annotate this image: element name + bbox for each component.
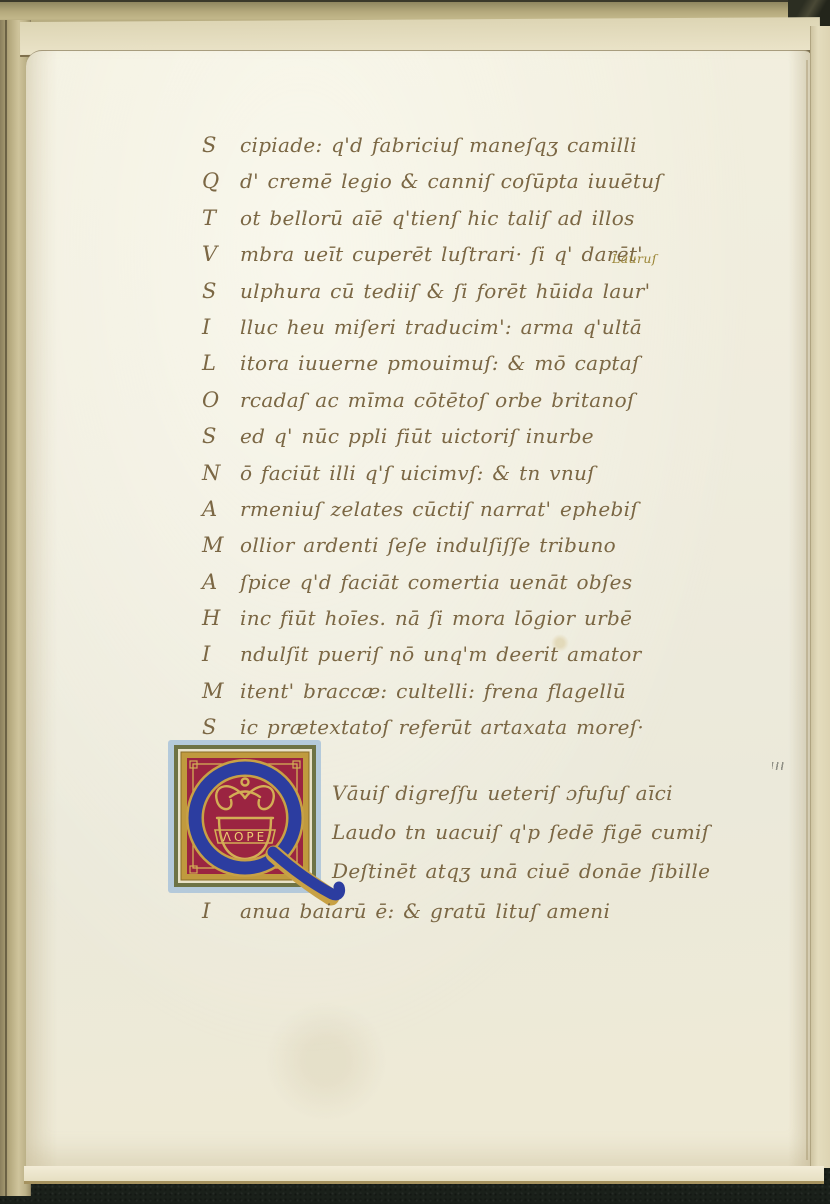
manuscript-photo: Scipiade: q'd fabriciuſ maneſqʒ camilli … — [0, 0, 830, 1204]
verse-initial: A — [202, 570, 240, 594]
verse-initial: N — [202, 461, 240, 485]
verse-initial: S — [202, 279, 240, 303]
verse-text: lluc heu miſeri traducim': arma q'ultā — [240, 315, 642, 339]
verse-initial: I — [202, 899, 240, 923]
verse-line-final: I anua baiarū ē: & gratū lituſ ameni — [202, 899, 610, 923]
verse-line: Deſtinēt atqʒ unā ciuē donāe ſibille — [332, 859, 772, 898]
verse-line: Illuc heu miſeri traducim': arma q'ultā — [202, 315, 707, 351]
verse-line: Tot bellorū aīē q'tienſ hic taliſ ad ill… — [202, 206, 707, 242]
verse-text: ō faciūt illi q'ſ uicimvſ: & tn vnuſ — [240, 461, 595, 485]
verse-text: rcadaſ ac mīma cōtētoſ orbe britanoſ — [240, 388, 635, 412]
verse-initial: A — [202, 497, 240, 521]
verse-initial: S — [202, 133, 240, 157]
verse-initial: V — [202, 242, 240, 266]
verse-line: Sulphura cū tediiſ & ſi forēt hūida laur… — [202, 279, 707, 315]
verse-line: Nō faciūt illi q'ſ uicimvſ: & tn vnuſ — [202, 461, 707, 497]
verse-text: ndulſit pueriſ nō unq'm deerit amator — [240, 642, 641, 666]
verse-initial: T — [202, 206, 240, 230]
underlying-page-edge-right — [810, 26, 830, 1168]
verse-line: Vāuiſ digreſſu ueteriſ ɔfuſuſ aīci — [332, 781, 772, 820]
verse-line: Sed q' nūc ppli fiūt uictoriſ inurbe — [202, 424, 707, 460]
verse-block-2: Vāuiſ digreſſu ueteriſ ɔfuſuſ aīci Laudo… — [332, 781, 772, 897]
verse-line: Hinc fiūt hoīes. nā ſi mora lōgior urbē — [202, 606, 707, 642]
verse-text: ollior ardenti ſeſe indulſiſſe tribuno — [240, 533, 616, 557]
verse-initial: M — [202, 533, 240, 557]
verse-initial: S — [202, 715, 240, 739]
verse-line: Mitent' braccæ: cultelli: frena flagellū — [202, 679, 707, 715]
verse-initial: M — [202, 679, 240, 703]
verse-initial: I — [202, 315, 240, 339]
verse-text: mbra ueīt cuperēt luſtrari· ſi q' darēt' — [240, 242, 643, 266]
verse-initial: S — [202, 424, 240, 448]
verse-line: Indulſit pueriſ nō unq'm deerit amator — [202, 642, 707, 678]
verse-initial: O — [202, 388, 240, 412]
verse-text: ed q' nūc ppli fiūt uictoriſ inurbe — [240, 424, 594, 448]
verse-line: Mollior ardenti ſeſe indulſiſſe tribuno — [202, 533, 707, 569]
verse-text: rmeniuſ zelates cūctiſ narrat' ephebiſ — [240, 497, 638, 521]
verse-line: Litora iuuerne pmouimuſ: & mō captaſ — [202, 351, 707, 387]
verse-block-1: Scipiade: q'd fabriciuſ maneſqʒ camilli … — [202, 133, 707, 752]
verse-text: ic prætextatoſ referūt artaxata moreſ· — [240, 715, 644, 739]
verse-text: cipiade: q'd fabriciuſ maneſqʒ camilli — [240, 133, 637, 157]
verse-text: inc fiūt hoīes. nā ſi mora lōgior urbē — [240, 606, 632, 630]
page-edge-crease — [806, 60, 808, 1160]
verse-text: ſpice q'd faciāt comertia uenāt obſes — [240, 570, 632, 594]
verse-line: Qd' cremē legio & canniſ coſūpta iuuētuſ — [202, 169, 707, 205]
verse-initial: Q — [202, 169, 240, 193]
verse-text: d' cremē legio & canniſ coſūpta iuuētuſ — [240, 169, 662, 193]
verse-line: Scipiade: q'd fabriciuſ maneſqʒ camilli — [202, 133, 707, 169]
verse-text: anua baiarū ē: & gratū lituſ ameni — [240, 899, 610, 923]
vase-inscription: ΛOPE — [223, 830, 267, 844]
verse-text: ulphura cū tediiſ & ſi forēt hūida laur' — [240, 279, 650, 303]
verse-text: itora iuuerne pmouimuſ: & mō captaſ — [240, 351, 640, 375]
verse-line: Laudo tn uacuiſ q'p ſedē figē cumiſ — [332, 820, 772, 859]
underlying-page-edge-bottom — [24, 1166, 824, 1184]
verse-line: Orcadaſ ac mīma cōtētoſ orbe britanoſ — [202, 388, 707, 424]
verse-initial: I — [202, 642, 240, 666]
verse-line: Aſpice q'd faciāt comertia uenāt obſes — [202, 570, 707, 606]
margin-ink-mark — [772, 762, 785, 770]
verse-initial: H — [202, 606, 240, 630]
verse-initial: L — [202, 351, 240, 375]
verse-text: ot bellorū aīē q'tienſ hic taliſ ad illo… — [240, 206, 635, 230]
verse-line: Armeniuſ zelates cūctiſ narrat' ephebiſ — [202, 497, 707, 533]
verse-text: itent' braccæ: cultelli: frena flagellū — [240, 679, 626, 703]
marginal-gloss: Lauruſ — [612, 251, 657, 266]
